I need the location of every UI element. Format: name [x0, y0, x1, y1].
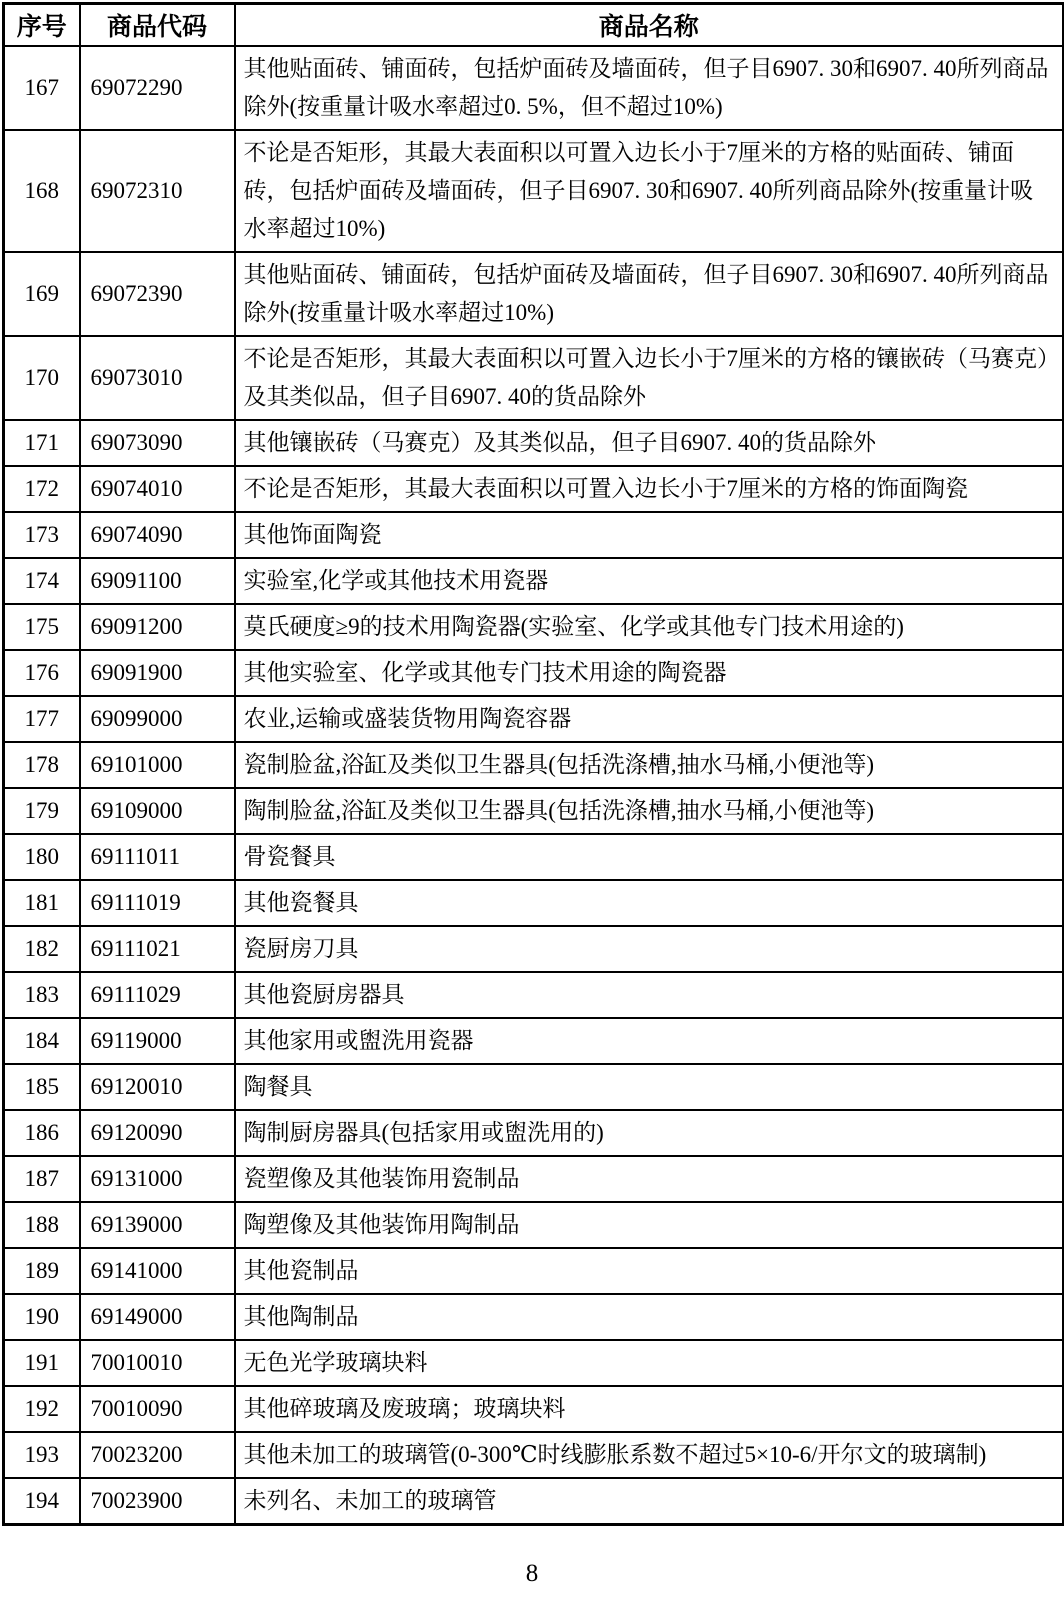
table-body: 16769072290其他贴面砖、铺面砖，包括炉面砖及墙面砖，但子目6907. …: [4, 46, 1064, 1525]
header-cell-product-name: 商品名称: [235, 4, 1064, 46]
product-code-cell: 69091900: [80, 650, 235, 696]
product-code-cell: 69109000: [80, 788, 235, 834]
row-number-cell: 188: [4, 1202, 80, 1248]
table-row: 18269111021瓷厨房刀具: [4, 926, 1064, 972]
row-number-cell: 169: [4, 252, 80, 336]
product-name-cell: 不论是否矩形，其最大表面积以可置入边长小于7厘米的方格的贴面砖、铺面砖，包括炉面…: [235, 130, 1064, 252]
product-name-cell: 无色光学玻璃块料: [235, 1340, 1064, 1386]
product-code-cell: 69111011: [80, 834, 235, 880]
row-number-cell: 184: [4, 1018, 80, 1064]
table-row: 19170010010无色光学玻璃块料: [4, 1340, 1064, 1386]
table-row: 19270010090其他碎玻璃及废玻璃；玻璃块料: [4, 1386, 1064, 1432]
table-row: 18769131000瓷塑像及其他装饰用瓷制品: [4, 1156, 1064, 1202]
product-code-cell: 70010010: [80, 1340, 235, 1386]
product-name-cell: 其他瓷餐具: [235, 880, 1064, 926]
table-row: 18669120090陶制厨房器具(包括家用或盥洗用的): [4, 1110, 1064, 1156]
product-code-cell: 69074090: [80, 512, 235, 558]
table-row: 18069111011骨瓷餐具: [4, 834, 1064, 880]
table-row: 17169073090其他镶嵌砖（马赛克）及其类似品，但子目6907. 40的货…: [4, 420, 1064, 466]
header-cell-serial-number: 序号: [4, 4, 80, 46]
table-row: 17469091100实验室,化学或其他技术用瓷器: [4, 558, 1064, 604]
table-row: 19069149000其他陶制品: [4, 1294, 1064, 1340]
product-name-cell: 瓷制脸盆,浴缸及类似卫生器具(包括洗涤槽,抽水马桶,小便池等): [235, 742, 1064, 788]
product-code-cell: 69072290: [80, 46, 235, 130]
product-code-cell: 69091200: [80, 604, 235, 650]
product-name-cell: 实验室,化学或其他技术用瓷器: [235, 558, 1064, 604]
product-code-cell: 69141000: [80, 1248, 235, 1294]
product-name-cell: 不论是否矩形，其最大表面积以可置入边长小于7厘米的方格的镶嵌砖（马赛克）及其类似…: [235, 336, 1064, 420]
product-name-cell: 陶制厨房器具(包括家用或盥洗用的): [235, 1110, 1064, 1156]
product-name-cell: 其他家用或盥洗用瓷器: [235, 1018, 1064, 1064]
table-row: 18169111019其他瓷餐具: [4, 880, 1064, 926]
row-number-cell: 192: [4, 1386, 80, 1432]
product-name-cell: 其他陶制品: [235, 1294, 1064, 1340]
row-number-cell: 167: [4, 46, 80, 130]
document-page: 序号 商品代码 商品名称 16769072290其他贴面砖、铺面砖，包括炉面砖及…: [0, 0, 1064, 1600]
table-row: 17769099000农业,运输或盛装货物用陶瓷容器: [4, 696, 1064, 742]
product-code-cell: 69091100: [80, 558, 235, 604]
row-number-cell: 176: [4, 650, 80, 696]
product-code-cell: 69119000: [80, 1018, 235, 1064]
product-code-cell: 69101000: [80, 742, 235, 788]
product-code-cell: 69074010: [80, 466, 235, 512]
product-code-cell: 69111019: [80, 880, 235, 926]
table-row: 16769072290其他贴面砖、铺面砖，包括炉面砖及墙面砖，但子目6907. …: [4, 46, 1064, 130]
table-row: 16969072390其他贴面砖、铺面砖，包括炉面砖及墙面砖，但子目6907. …: [4, 252, 1064, 336]
product-code-cell: 70010090: [80, 1386, 235, 1432]
row-number-cell: 185: [4, 1064, 80, 1110]
row-number-cell: 193: [4, 1432, 80, 1478]
product-name-cell: 未列名、未加工的玻璃管: [235, 1478, 1064, 1525]
table-row: 18869139000陶塑像及其他装饰用陶制品: [4, 1202, 1064, 1248]
row-number-cell: 180: [4, 834, 80, 880]
product-name-cell: 其他贴面砖、铺面砖，包括炉面砖及墙面砖，但子目6907. 30和6907. 40…: [235, 252, 1064, 336]
product-code-cell: 69073090: [80, 420, 235, 466]
table-row: 18369111029其他瓷厨房器具: [4, 972, 1064, 1018]
product-name-cell: 莫氏硬度≥9的技术用陶瓷器(实验室、化学或其他专门技术用途的): [235, 604, 1064, 650]
row-number-cell: 175: [4, 604, 80, 650]
header-row: 序号 商品代码 商品名称: [4, 4, 1064, 46]
table-row: 18969141000其他瓷制品: [4, 1248, 1064, 1294]
table-row: 16869072310不论是否矩形，其最大表面积以可置入边长小于7厘米的方格的贴…: [4, 130, 1064, 252]
row-number-cell: 183: [4, 972, 80, 1018]
table-row: 17669091900其他实验室、化学或其他专门技术用途的陶瓷器: [4, 650, 1064, 696]
product-name-cell: 骨瓷餐具: [235, 834, 1064, 880]
product-name-cell: 其他瓷厨房器具: [235, 972, 1064, 1018]
table-row: 17369074090其他饰面陶瓷: [4, 512, 1064, 558]
product-code-cell: 69072310: [80, 130, 235, 252]
table-row: 19470023900未列名、未加工的玻璃管: [4, 1478, 1064, 1525]
product-code-cell: 69120010: [80, 1064, 235, 1110]
row-number-cell: 190: [4, 1294, 80, 1340]
table-row: 17069073010不论是否矩形，其最大表面积以可置入边长小于7厘米的方格的镶…: [4, 336, 1064, 420]
product-code-cell: 69131000: [80, 1156, 235, 1202]
product-name-cell: 陶餐具: [235, 1064, 1064, 1110]
table-row: 17969109000陶制脸盆,浴缸及类似卫生器具(包括洗涤槽,抽水马桶,小便池…: [4, 788, 1064, 834]
product-name-cell: 瓷塑像及其他装饰用瓷制品: [235, 1156, 1064, 1202]
product-name-cell: 瓷厨房刀具: [235, 926, 1064, 972]
table-row: 18469119000其他家用或盥洗用瓷器: [4, 1018, 1064, 1064]
table-header: 序号 商品代码 商品名称: [4, 4, 1064, 46]
page-number: 8: [2, 1560, 1062, 1588]
product-code-cell: 69111029: [80, 972, 235, 1018]
table-row: 17869101000瓷制脸盆,浴缸及类似卫生器具(包括洗涤槽,抽水马桶,小便池…: [4, 742, 1064, 788]
row-number-cell: 179: [4, 788, 80, 834]
row-number-cell: 170: [4, 336, 80, 420]
product-name-cell: 其他贴面砖、铺面砖，包括炉面砖及墙面砖，但子目6907. 30和6907. 40…: [235, 46, 1064, 130]
product-name-cell: 其他瓷制品: [235, 1248, 1064, 1294]
product-code-cell: 69139000: [80, 1202, 235, 1248]
product-name-cell: 其他饰面陶瓷: [235, 512, 1064, 558]
row-number-cell: 187: [4, 1156, 80, 1202]
row-number-cell: 191: [4, 1340, 80, 1386]
row-number-cell: 182: [4, 926, 80, 972]
product-name-cell: 陶制脸盆,浴缸及类似卫生器具(包括洗涤槽,抽水马桶,小便池等): [235, 788, 1064, 834]
product-code-cell: 70023900: [80, 1478, 235, 1525]
row-number-cell: 178: [4, 742, 80, 788]
product-name-cell: 其他实验室、化学或其他专门技术用途的陶瓷器: [235, 650, 1064, 696]
row-number-cell: 168: [4, 130, 80, 252]
product-code-cell: 70023200: [80, 1432, 235, 1478]
row-number-cell: 177: [4, 696, 80, 742]
product-name-cell: 不论是否矩形，其最大表面积以可置入边长小于7厘米的方格的饰面陶瓷: [235, 466, 1064, 512]
table-row: 19370023200其他未加工的玻璃管(0-300℃时线膨胀系数不超过5×10…: [4, 1432, 1064, 1478]
product-code-cell: 69111021: [80, 926, 235, 972]
product-name-cell: 陶塑像及其他装饰用陶制品: [235, 1202, 1064, 1248]
row-number-cell: 194: [4, 1478, 80, 1525]
product-table: 序号 商品代码 商品名称 16769072290其他贴面砖、铺面砖，包括炉面砖及…: [2, 2, 1064, 1526]
table-row: 18569120010陶餐具: [4, 1064, 1064, 1110]
product-code-cell: 69149000: [80, 1294, 235, 1340]
product-name-cell: 农业,运输或盛装货物用陶瓷容器: [235, 696, 1064, 742]
row-number-cell: 189: [4, 1248, 80, 1294]
product-code-cell: 69072390: [80, 252, 235, 336]
product-code-cell: 69099000: [80, 696, 235, 742]
product-name-cell: 其他未加工的玻璃管(0-300℃时线膨胀系数不超过5×10-6/开尔文的玻璃制): [235, 1432, 1064, 1478]
row-number-cell: 171: [4, 420, 80, 466]
product-code-cell: 69073010: [80, 336, 235, 420]
row-number-cell: 172: [4, 466, 80, 512]
header-cell-product-code: 商品代码: [80, 4, 235, 46]
row-number-cell: 174: [4, 558, 80, 604]
product-name-cell: 其他碎玻璃及废玻璃；玻璃块料: [235, 1386, 1064, 1432]
table-row: 17269074010不论是否矩形，其最大表面积以可置入边长小于7厘米的方格的饰…: [4, 466, 1064, 512]
row-number-cell: 173: [4, 512, 80, 558]
product-code-cell: 69120090: [80, 1110, 235, 1156]
row-number-cell: 181: [4, 880, 80, 926]
table-row: 17569091200莫氏硬度≥9的技术用陶瓷器(实验室、化学或其他专门技术用途…: [4, 604, 1064, 650]
row-number-cell: 186: [4, 1110, 80, 1156]
product-name-cell: 其他镶嵌砖（马赛克）及其类似品，但子目6907. 40的货品除外: [235, 420, 1064, 466]
